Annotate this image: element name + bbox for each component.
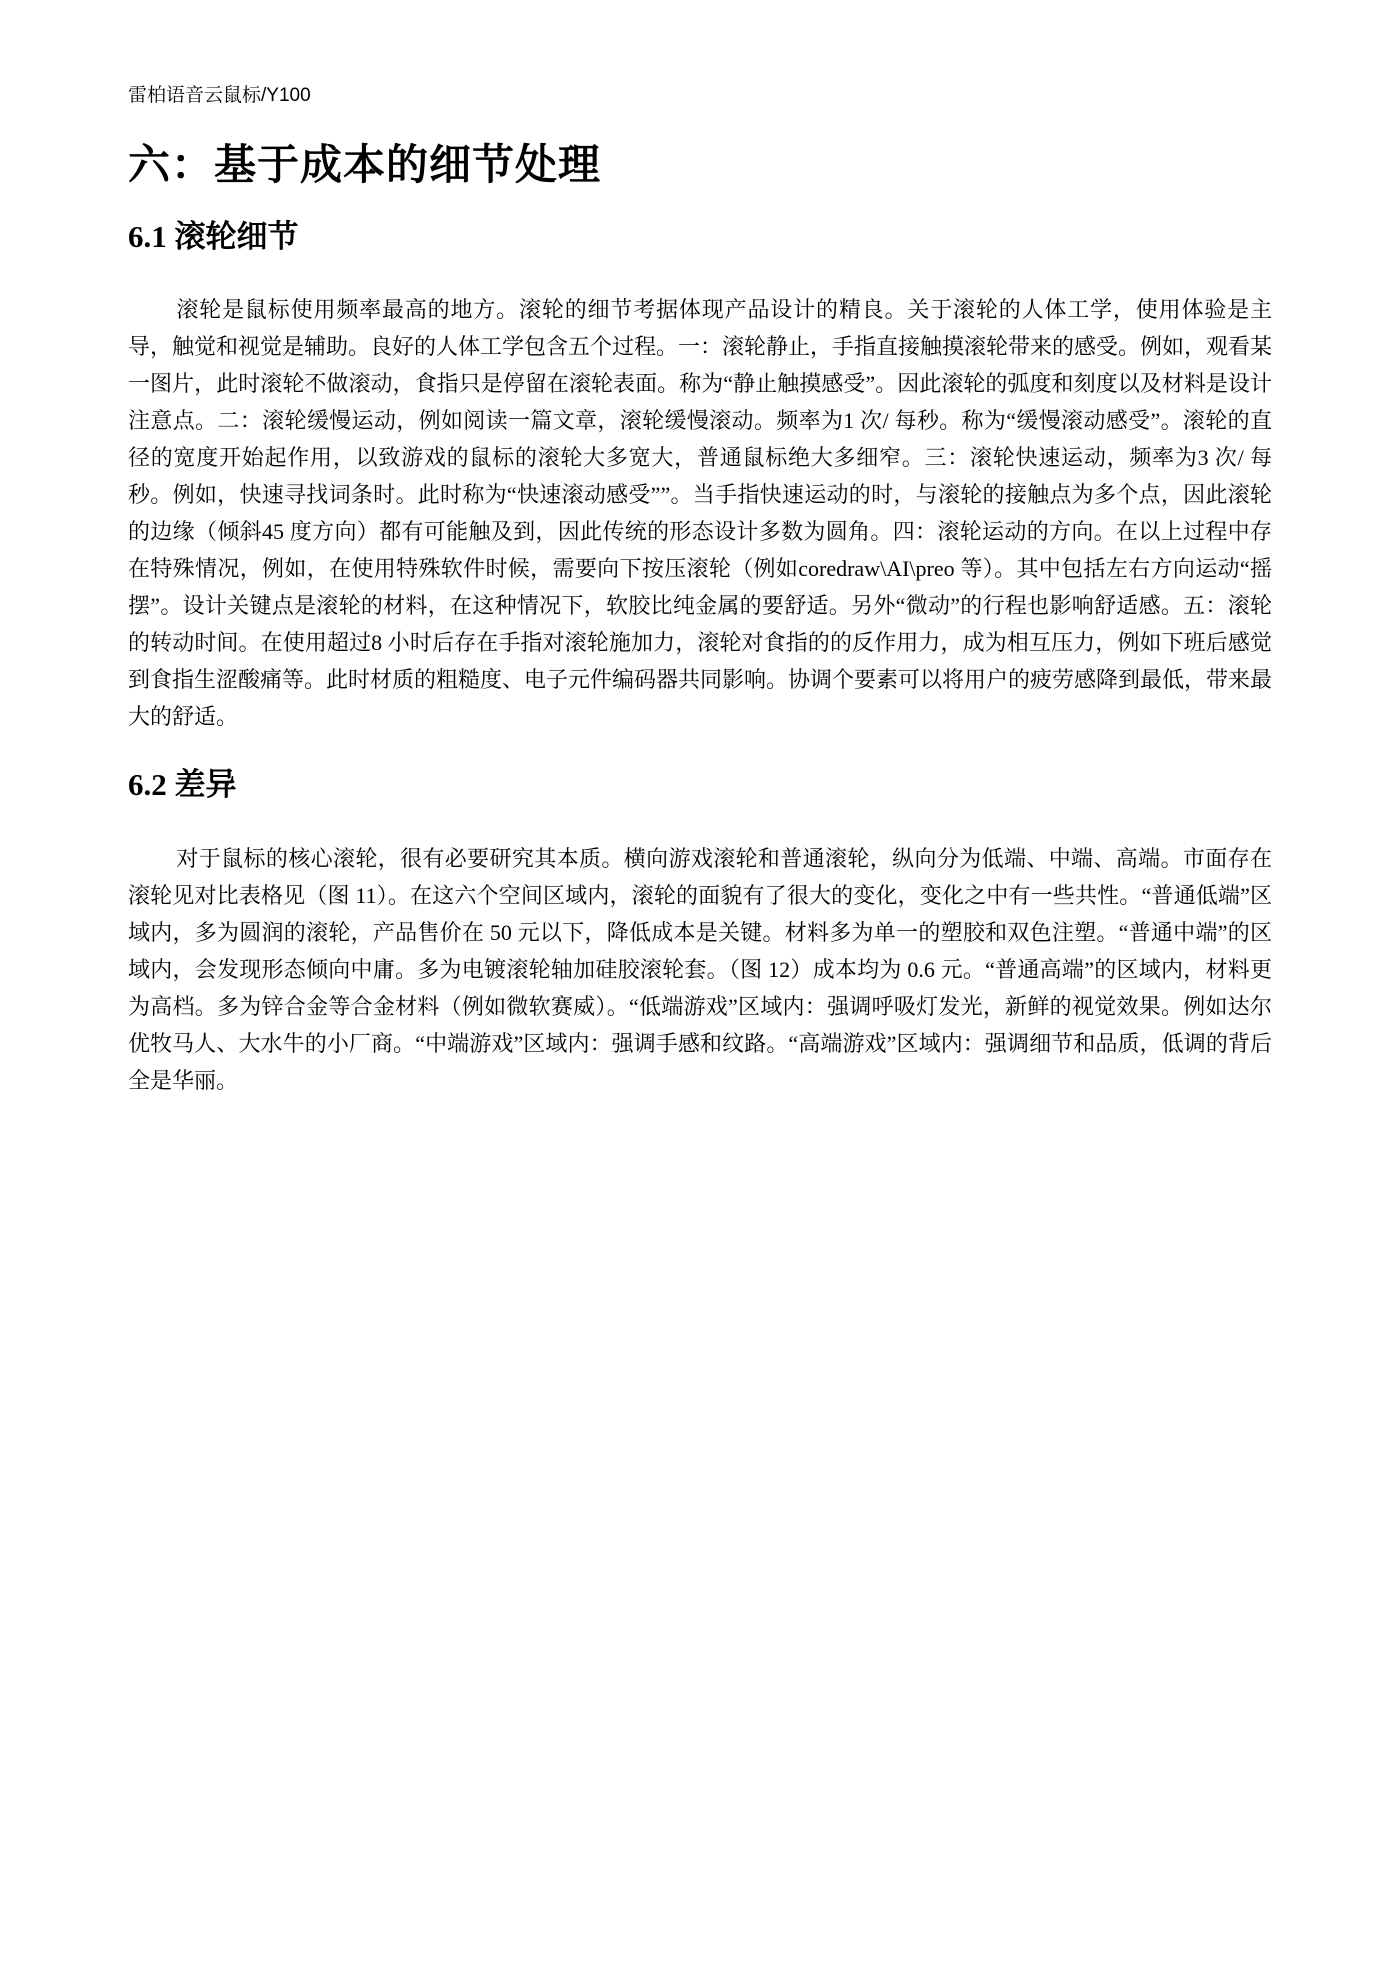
document-header: 雷柏语音云鼠标/Y100 <box>128 84 1272 108</box>
section-paragraph-6-2: 对于鼠标的核心滚轮，很有必要研究其本质。横向游戏滚轮和普通滚轮，纵向分为低端、中… <box>128 840 1272 1099</box>
document-page: 雷柏语音云鼠标/Y100 六：基于成本的细节处理 6.1 滚轮细节 滚轮是鼠标使… <box>0 0 1400 1980</box>
section-paragraph-6-1: 滚轮是鼠标使用频率最高的地方。滚轮的细节考据体现产品设计的精良。关于滚轮的人体工… <box>128 291 1272 735</box>
page-title: 六：基于成本的细节处理 <box>128 140 1272 193</box>
section-heading-6-1: 6.1 滚轮细节 <box>128 217 1272 257</box>
section-heading-6-2: 6.2 差异 <box>128 765 1272 805</box>
